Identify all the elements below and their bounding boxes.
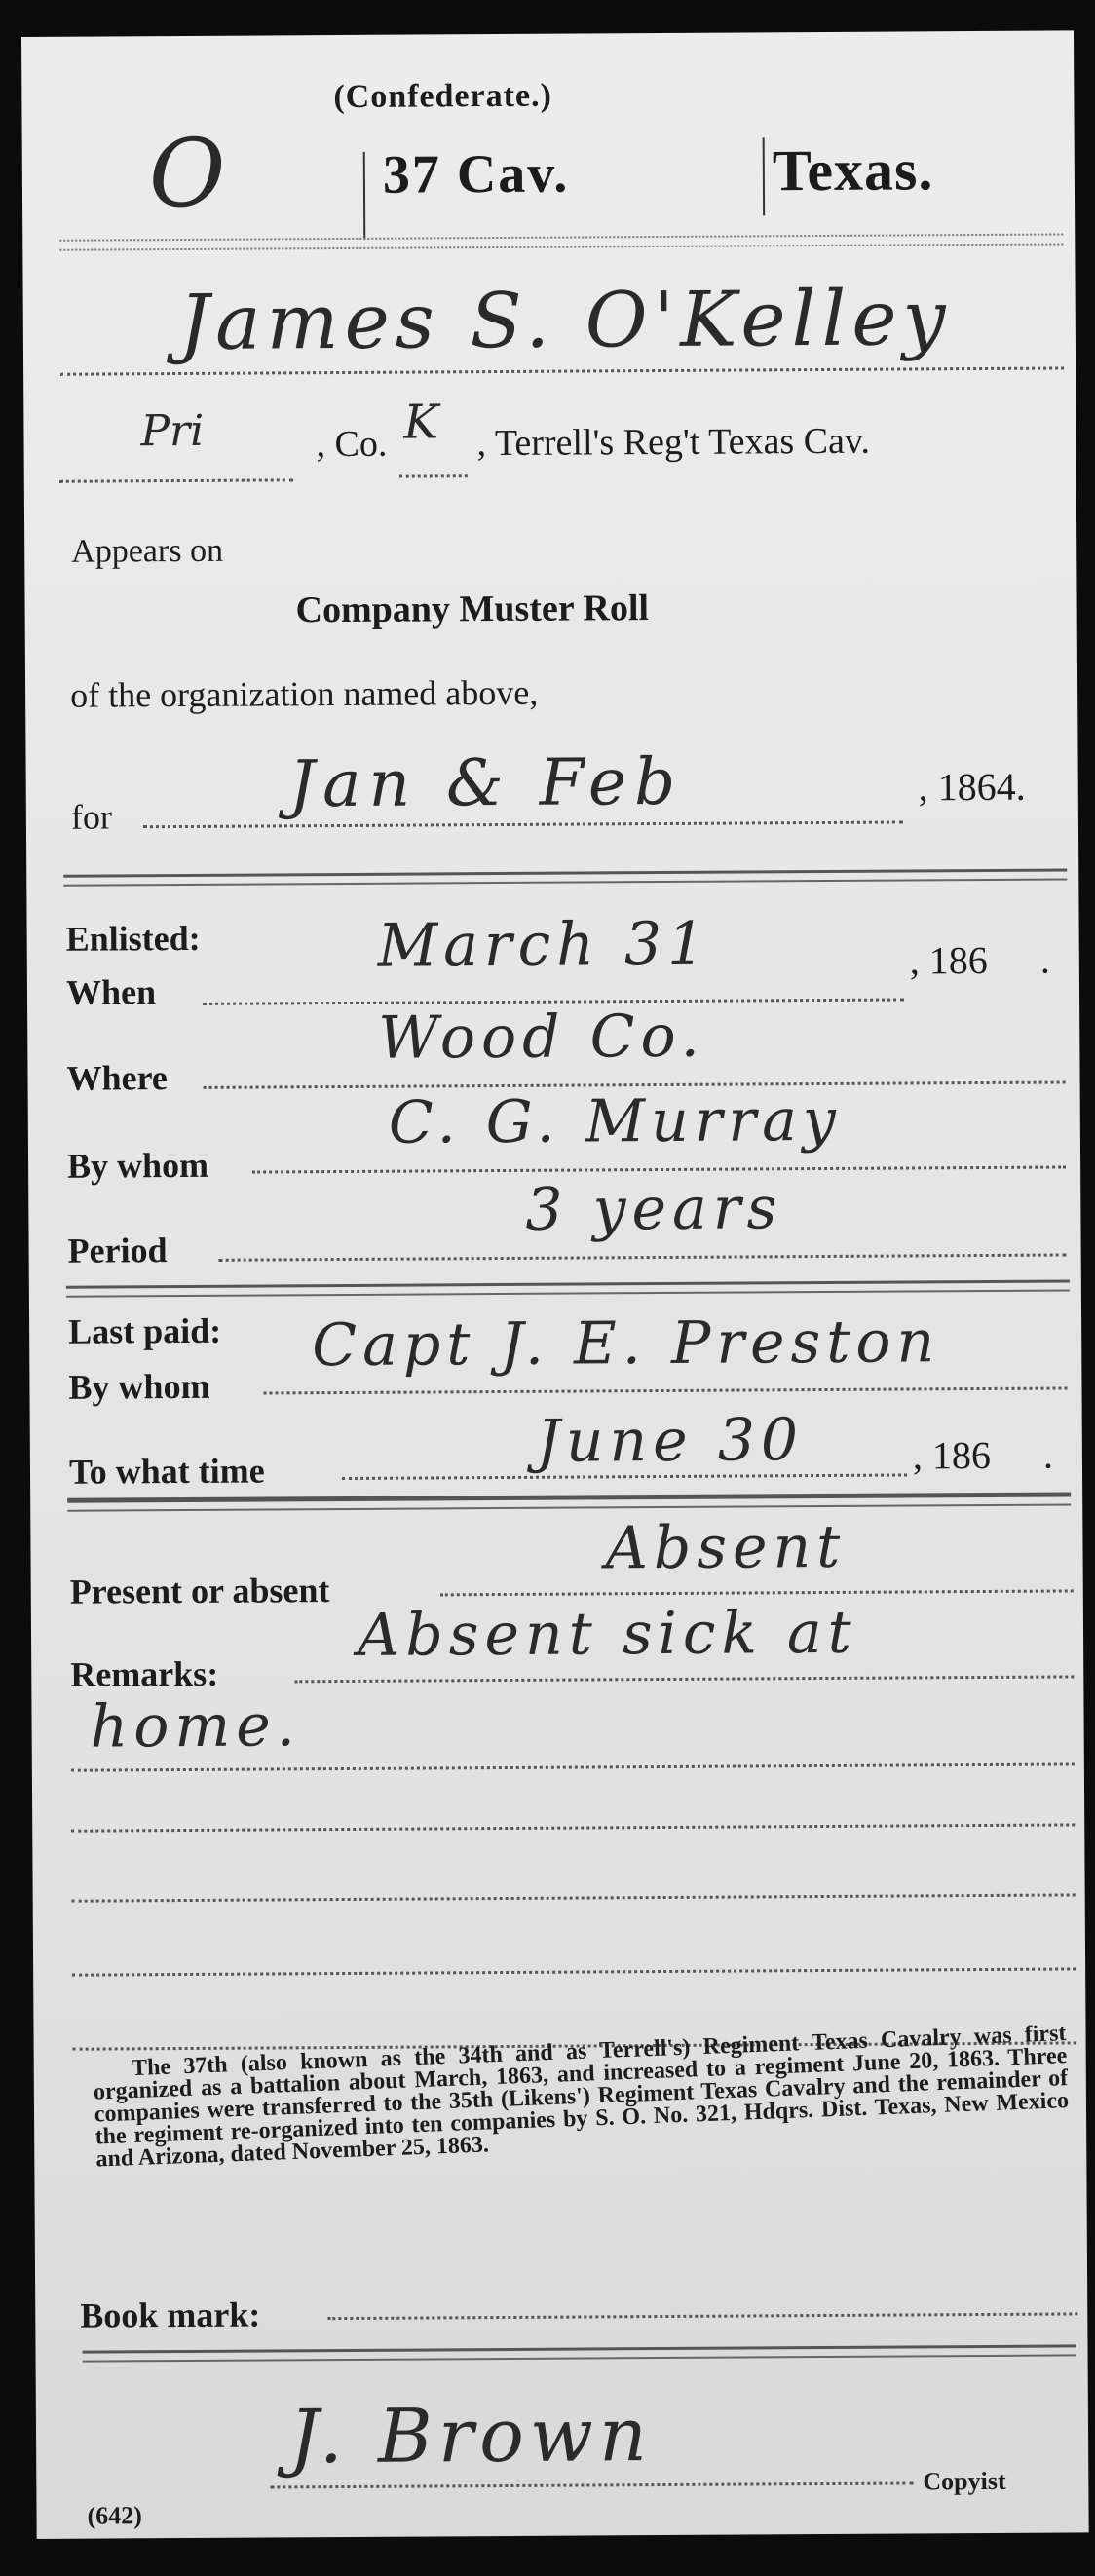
- for-line: [143, 820, 903, 828]
- company-value: K: [403, 395, 438, 449]
- when-year: , 186: [910, 937, 988, 983]
- enlisted-by-whom-value: C. G. Murray: [389, 1086, 842, 1157]
- for-value: Jan & Feb: [288, 744, 683, 821]
- copyist-signature: J. Brown: [289, 2391, 653, 2480]
- when-label: When: [66, 971, 156, 1013]
- copyist-label: Copyist: [923, 2467, 1005, 2497]
- state-label: Texas.: [773, 136, 934, 205]
- present-absent-value: Absent: [605, 1513, 846, 1583]
- to-what-time-end: .: [1043, 1432, 1053, 1478]
- company-label: , Co.: [316, 423, 387, 466]
- blank-line: [71, 1823, 1075, 1832]
- section-rule: [83, 2344, 1076, 2362]
- paid-by-whom-label: By whom: [68, 1366, 209, 1408]
- remarks-value-2: home.: [90, 1691, 301, 1761]
- header-rule: [59, 233, 1063, 250]
- enlisted-heading: Enlisted:: [66, 918, 201, 960]
- period-line: [219, 1253, 1067, 1261]
- remarks-line-1: [294, 1675, 1074, 1683]
- book-mark-label: Book mark:: [80, 2294, 260, 2336]
- when-end: .: [1040, 937, 1050, 983]
- period-label: Period: [67, 1230, 167, 1271]
- blank-line: [72, 1893, 1076, 1902]
- appears-on-label: Appears on: [71, 533, 223, 571]
- signature-line: [270, 2481, 913, 2488]
- to-what-time-value: June 30: [537, 1406, 805, 1476]
- soldier-name: James S. O'Kelley: [179, 275, 952, 367]
- for-year: , 1864.: [919, 764, 1026, 811]
- rank-line: [59, 478, 293, 482]
- present-absent-line: [440, 1589, 1074, 1596]
- organization-text: of the organization named above,: [70, 672, 538, 716]
- period-value: 3 years: [525, 1174, 782, 1244]
- enlisted-by-whom-line: [252, 1165, 1066, 1173]
- remarks-value-1: Absent sick at: [358, 1599, 857, 1670]
- unit-label: 37 Cav.: [383, 143, 570, 207]
- book-mark-line: [327, 2312, 1077, 2320]
- roll-type: Company Muster Roll: [295, 587, 649, 631]
- section-rule: [66, 1279, 1070, 1297]
- remarks-line-2: [71, 1762, 1075, 1771]
- name-line: [60, 366, 1064, 375]
- header-divider: [763, 137, 765, 215]
- when-value: March 31: [377, 910, 710, 980]
- paid-by-whom-line: [263, 1386, 1067, 1394]
- section-rule: [67, 1492, 1071, 1511]
- remarks-label: Remarks:: [70, 1653, 218, 1695]
- to-what-time-label: To what time: [69, 1451, 265, 1493]
- soldier-rank: Pri: [140, 406, 204, 456]
- confederate-heading: (Confederate.): [333, 78, 552, 116]
- initial-mark: O: [149, 119, 226, 228]
- to-what-time-year: , 186: [913, 1432, 991, 1478]
- last-paid-heading: Last paid:: [68, 1310, 221, 1352]
- company-line: [399, 474, 468, 477]
- for-label: for: [71, 796, 112, 837]
- regiment-history-note: The 37th (also known as the 34th and as …: [93, 2023, 1071, 2171]
- paid-by-whom-value: Capt J. E. Preston: [312, 1307, 940, 1380]
- present-absent-label: Present or absent: [70, 1570, 330, 1612]
- section-rule: [63, 868, 1067, 886]
- where-value: Wood Co.: [378, 1003, 705, 1073]
- enlisted-by-whom-label: By whom: [67, 1145, 208, 1187]
- regiment-label: , Terrell's Reg't Texas Cav.: [476, 420, 870, 465]
- where-label: Where: [66, 1057, 168, 1099]
- blank-line: [72, 1967, 1076, 1976]
- header-divider: [363, 152, 366, 240]
- form-number: (642): [87, 2501, 142, 2530]
- muster-roll-card: (Confederate.) O 37 Cav. Texas. James S.…: [21, 30, 1089, 2539]
